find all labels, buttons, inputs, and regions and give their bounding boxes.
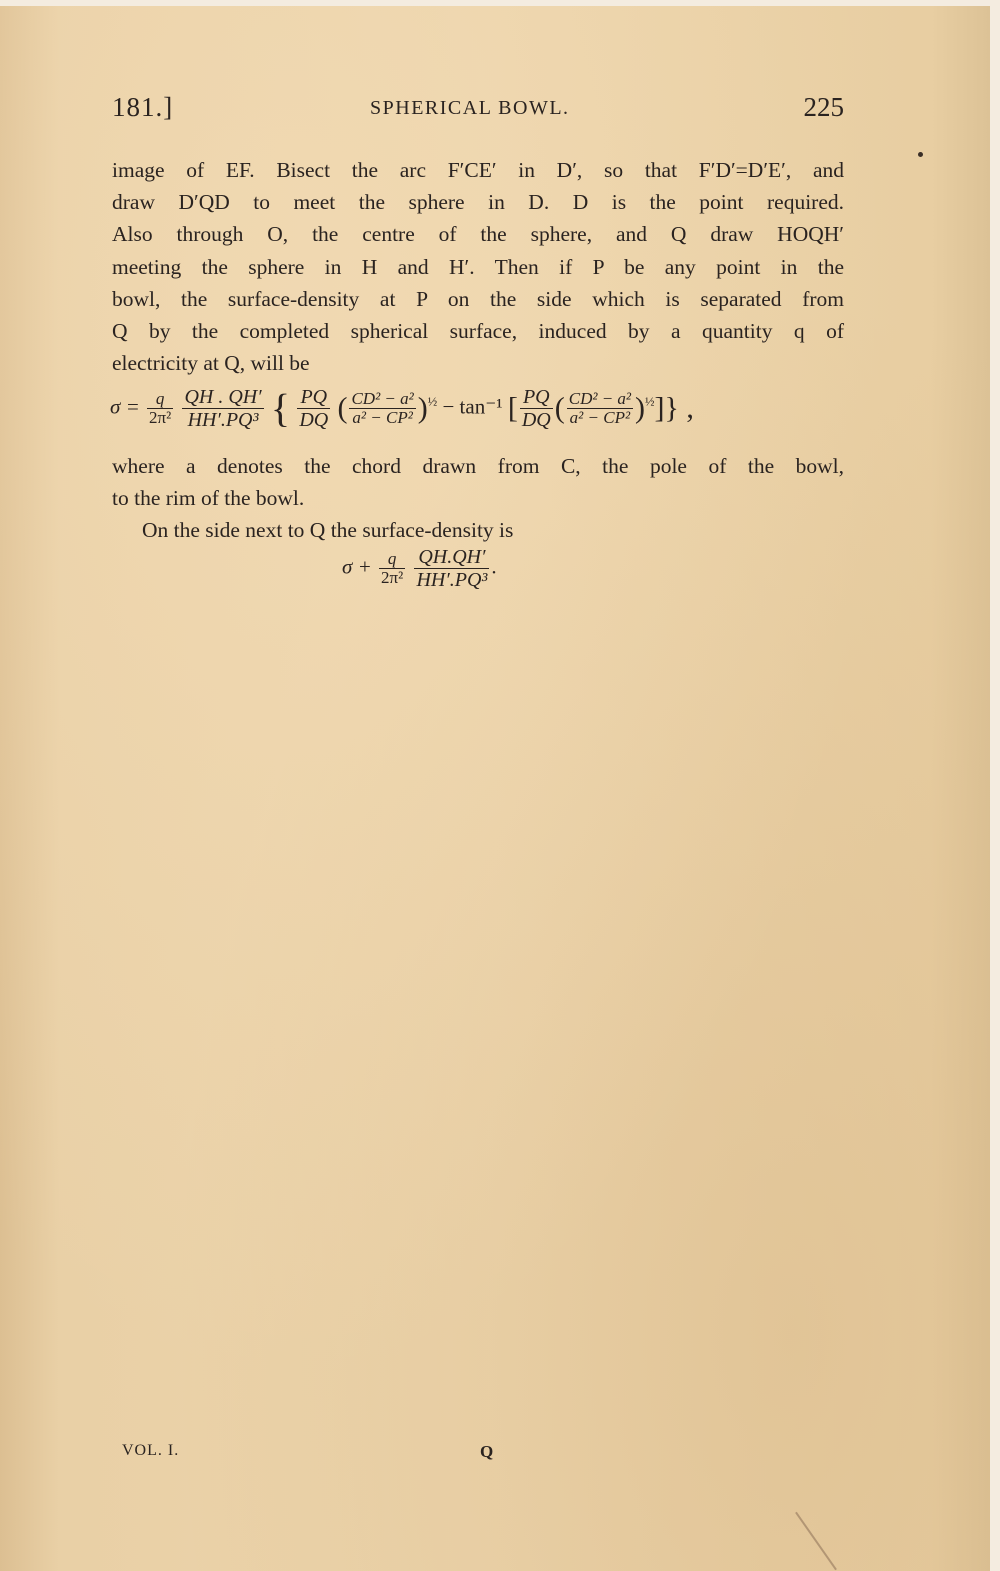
eq2-coefficient: q 2π² bbox=[379, 550, 405, 587]
text-line: to the rim of the bowl. bbox=[112, 482, 844, 514]
text-line: draw D′QD to meet the sphere in D. D is … bbox=[112, 186, 844, 218]
eq2-lhs: σ + bbox=[342, 554, 372, 578]
equation-near-side-density: σ + q 2π² QH.QH′ HH′.PQ³ . bbox=[342, 546, 497, 591]
eq-lhs: σ = bbox=[110, 394, 140, 418]
eq-inner-ratio: CD² − a² a² − CP² bbox=[349, 390, 415, 427]
eq-coefficient: q 2π² bbox=[147, 390, 173, 427]
text-line: image of EF. Bisect the arc F′CE′ in D′,… bbox=[112, 154, 844, 186]
eq2-end: . bbox=[491, 554, 496, 578]
page-footer: VOL. I. Q bbox=[122, 1442, 622, 1472]
running-title: SPHERICAL BOWL. bbox=[370, 97, 570, 120]
text-line: Also through O, the centre of the sphere… bbox=[112, 218, 844, 250]
eq-ratio: QH . QH′ HH′.PQ³ bbox=[182, 386, 263, 431]
text-line: where a denotes the chord drawn from C, … bbox=[112, 450, 844, 482]
text-line: Q by the completed spherical surface, in… bbox=[112, 315, 844, 347]
eq-exponent: ½ bbox=[428, 394, 437, 408]
volume-label: VOL. I. bbox=[122, 1442, 179, 1459]
eq-arctan: − tan⁻¹ bbox=[442, 394, 502, 418]
paper-streak bbox=[795, 1512, 837, 1570]
equation-surface-density: σ = q 2π² QH . QH′ HH′.PQ³ { PQ DQ ( CD²… bbox=[110, 386, 694, 431]
text-line: On the side next to Q the surface-densit… bbox=[112, 514, 844, 546]
paragraph-1: image of EF. Bisect the arc F′CE′ in D′,… bbox=[112, 154, 844, 379]
paragraph-2: where a denotes the chord drawn from C, … bbox=[112, 450, 844, 547]
eq-frac-pq-dq-2: PQ DQ bbox=[520, 386, 553, 431]
eq-close: ]} , bbox=[654, 392, 693, 425]
section-number: 181.] bbox=[112, 92, 173, 123]
signature-mark: Q bbox=[480, 1442, 494, 1462]
eq-frac-pq-dq: PQ DQ bbox=[297, 386, 330, 431]
page-number: 225 bbox=[804, 92, 845, 123]
eq2-ratio: QH.QH′ HH′.PQ³ bbox=[414, 546, 489, 591]
text-line: meeting the sphere in H and H′. Then if … bbox=[112, 251, 844, 283]
text-line: electricity at Q, will be bbox=[112, 347, 844, 379]
running-head: 181.] SPHERICAL BOWL. 225 bbox=[112, 92, 844, 132]
text-line: bowl, the surface-density at P on the si… bbox=[112, 283, 844, 315]
paper-speck bbox=[918, 152, 923, 157]
book-page: 181.] SPHERICAL BOWL. 225 image of EF. B… bbox=[0, 6, 990, 1571]
eq-open-brace: { bbox=[271, 386, 290, 431]
eq-inner-ratio-2: CD² − a² a² − CP² bbox=[567, 390, 633, 427]
